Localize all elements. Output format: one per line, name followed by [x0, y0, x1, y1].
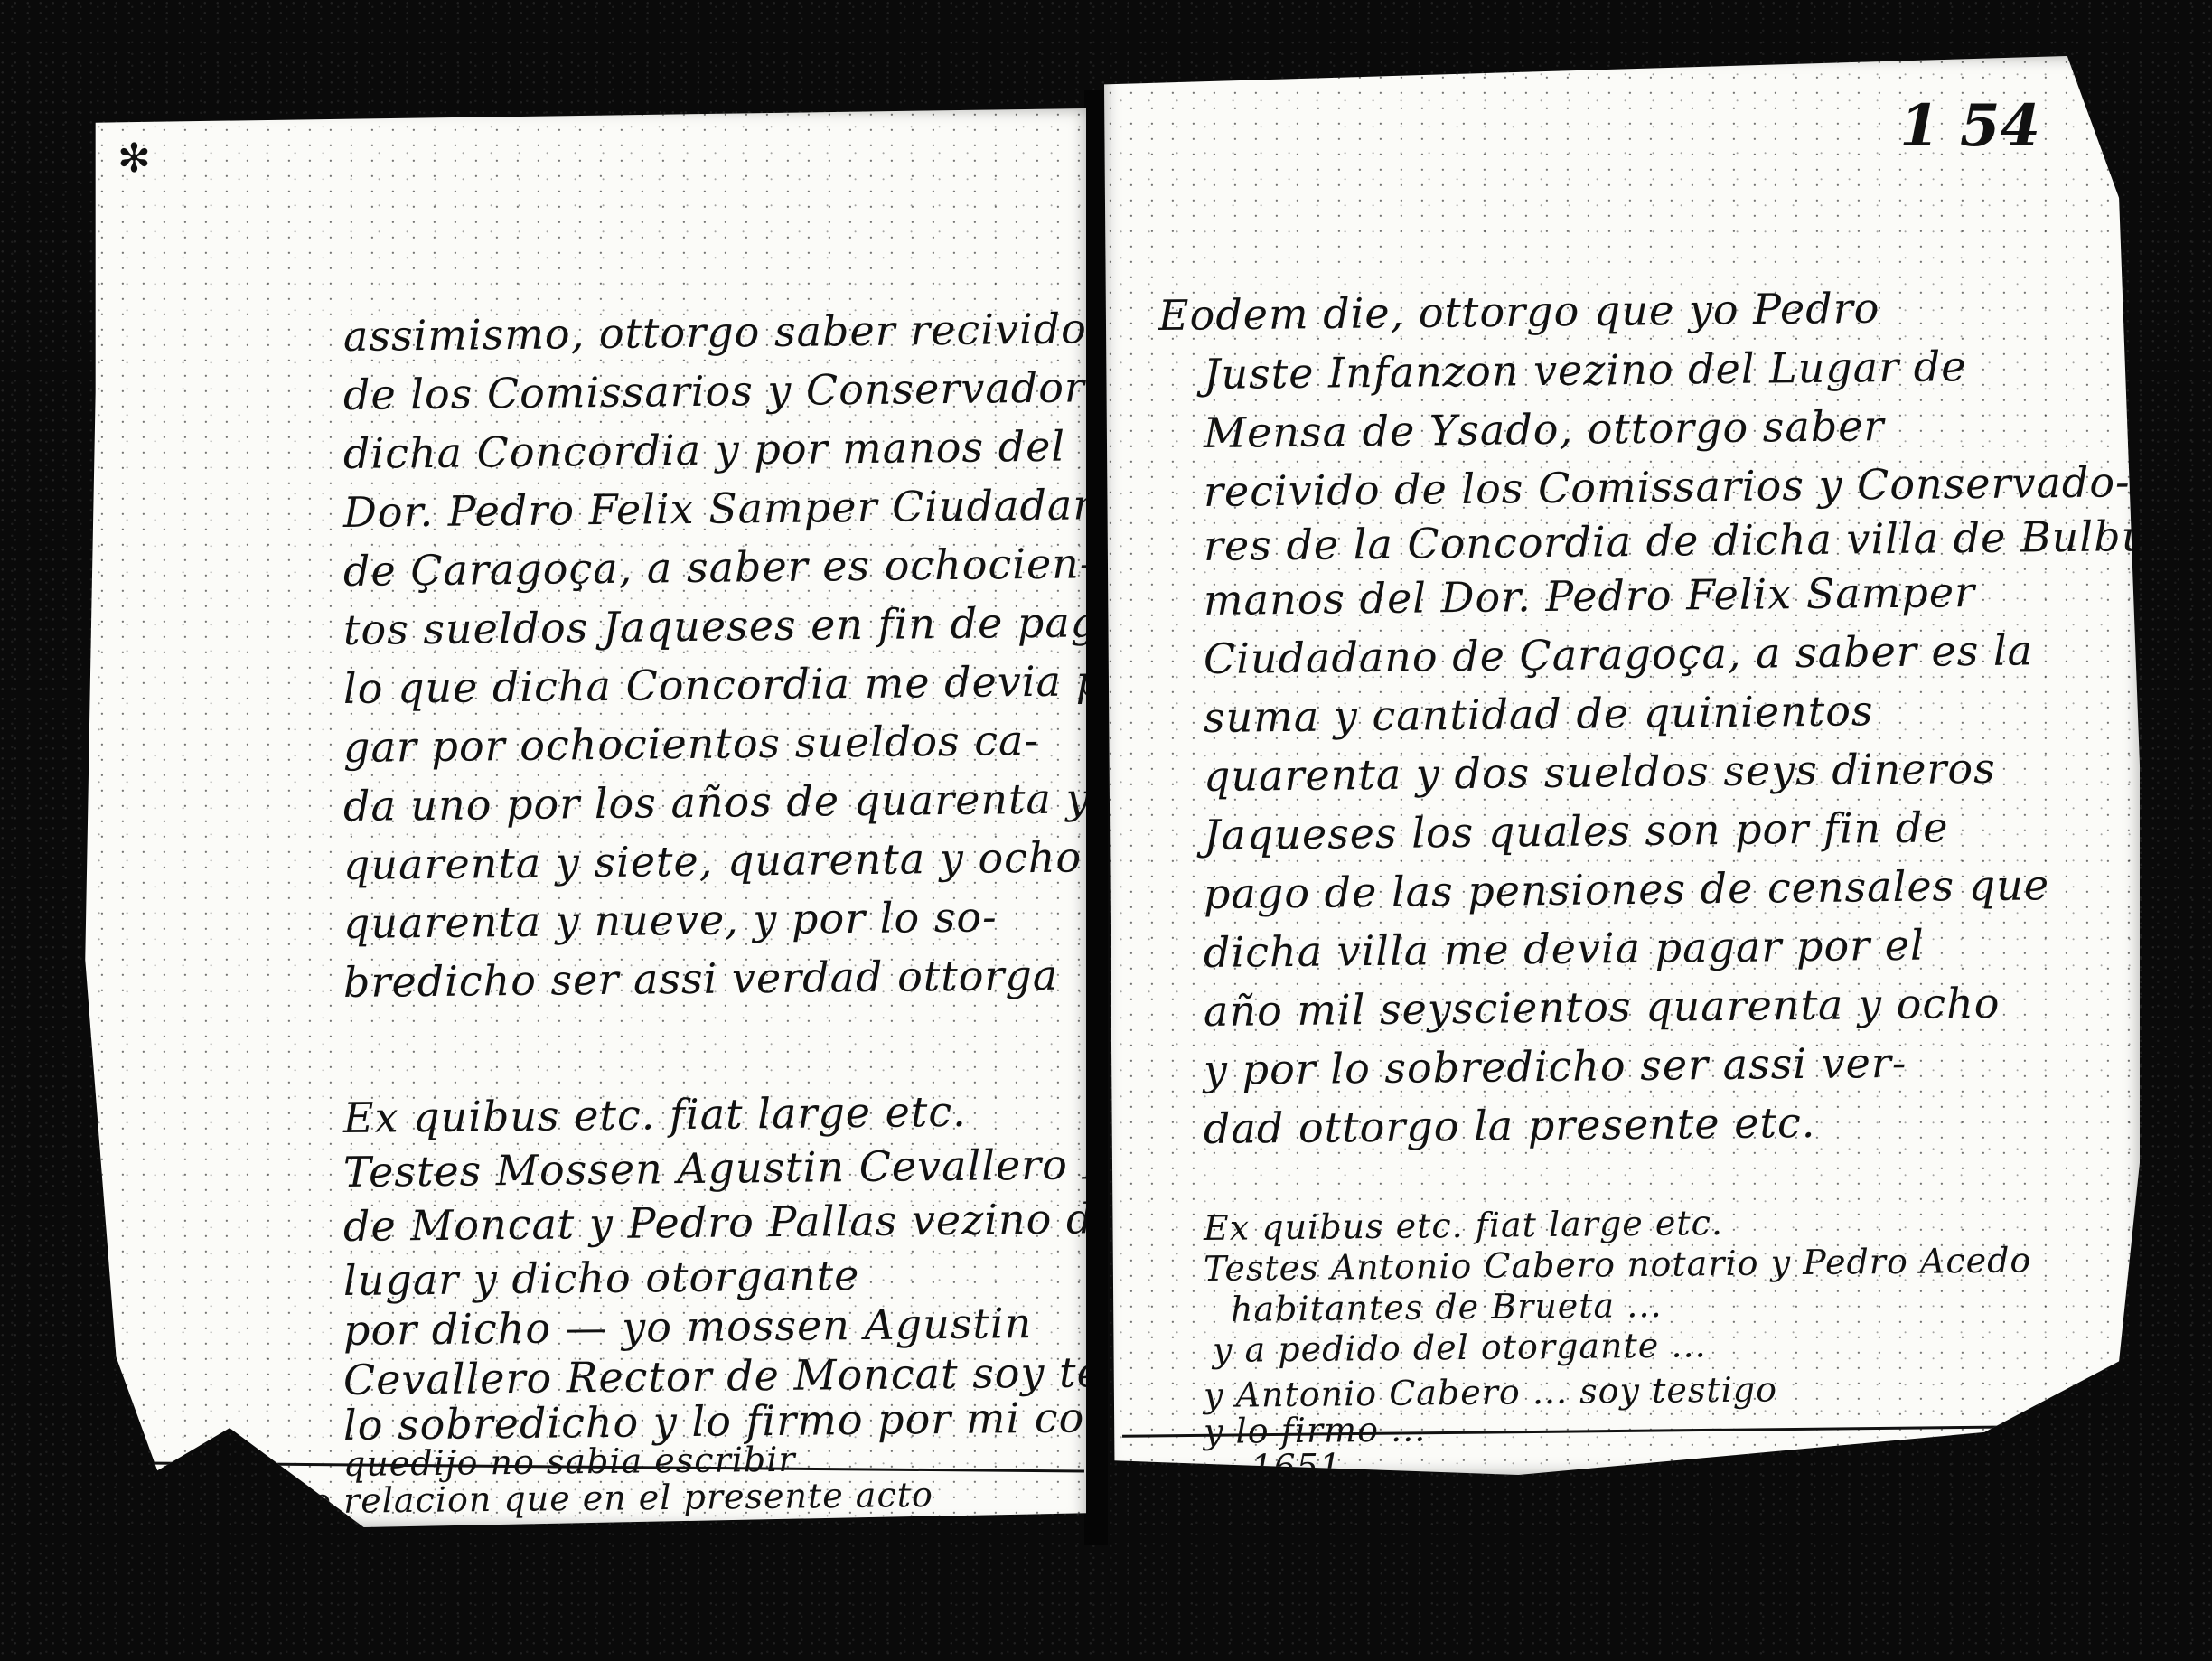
text-line: Mensa de Ysado, ottorgo saber	[1204, 401, 1885, 457]
text-line: dicha Concordia y por manos del	[343, 422, 1066, 478]
text-line: Jaqueses los quales son por fin de	[1204, 802, 1949, 859]
text-line: Eodem die, ottorgo que yo Pedro	[1158, 284, 1880, 340]
text-line: Testes Antonio Cabero notario y Pedro Ac…	[1204, 1240, 2032, 1289]
text-line: bredicho ser assi verdad ottorga	[343, 951, 1059, 1007]
text-line: res de la Concordia de dicha villa de Bu…	[1204, 509, 2212, 570]
text-line: de Çaragoça, a saber es ochocien-	[343, 539, 1095, 596]
text-line: habitantes de Brueta ...	[1231, 1285, 1663, 1329]
text-line: manos del Dor. Pedro Felix Samper	[1204, 568, 1976, 624]
text-line: da uno por los años de quarenta y sie-	[343, 773, 1182, 830]
text-line: assimismo, ottorgo saber recivido	[343, 304, 1087, 361]
text-line: Ciudadano de Çaragoça, a saber es la	[1204, 625, 2034, 683]
text-line: Juste Infanzon vezino del Lugar de	[1204, 342, 1967, 399]
text-line: gar por ochocientos sueldos ca-	[343, 716, 1040, 772]
text-line: Hago relacion que en el presente acto	[235, 1475, 933, 1522]
text-line: tos sueldos Jaqueses en fin de pago de	[343, 596, 1192, 654]
text-line: lo que dicha Concordia me devia pa-	[343, 656, 1145, 713]
text-line: recivido de los Comissarios y Conservado…	[1204, 457, 2131, 516]
text-line: y por lo sobredicho ser assi ver-	[1204, 1038, 1907, 1094]
text-line: Ex quibus etc. fiat large etc.	[1204, 1203, 1723, 1248]
text-line: año mil seyscientos quarenta y ocho	[1204, 979, 2001, 1036]
text-line: y Antonio Cabero ... soy testigo	[1204, 1369, 1777, 1415]
text-line: dad ottorgo la presente etc.	[1204, 1098, 1816, 1153]
left-page: ✻ assimismo, ottorgo saber recivido de l…	[54, 108, 1086, 1527]
text-line: que salvar si fuere necessario Gregorio …	[235, 1513, 1142, 1562]
text-line: dicha villa me devia pagar por el	[1204, 921, 1925, 977]
signature: Gregorio Cevallero	[1520, 1547, 1938, 1600]
text-line: Ex quibus etc. fiat large etc.	[343, 1087, 967, 1142]
right-page: 1 54 Eodem die, ottorgo que yo Pedro Jus…	[1104, 56, 2140, 1475]
text-line: pago de las pensiones de censales que	[1204, 860, 2050, 918]
text-line: Dor. Pedro Felix Samper Ciudadano	[343, 480, 1127, 537]
text-line: suma y cantidad de quinientos	[1204, 686, 1874, 742]
text-line: y a pedido del otorgante ...	[1213, 1325, 1707, 1370]
corner-mark: ✻	[117, 136, 151, 182]
text-line: lugar y dicho otorgante	[343, 1251, 860, 1305]
text-line: por dicho — yo mossen Agustin	[343, 1299, 1033, 1355]
folio-number: 1 54	[1899, 92, 2040, 160]
text-line: quarenta y siete, quarenta y ocho y	[343, 832, 1120, 889]
text-line: ... 1651	[1204, 1446, 1342, 1487]
text-line: quarenta y nueve, y por lo so-	[343, 892, 998, 948]
text-line: y lo firmo ...	[1204, 1409, 1427, 1451]
text-line: no hay que salvar si fuere necessario	[1140, 1508, 1821, 1555]
text-line: quarenta y dos sueldos seys dineros	[1204, 744, 1996, 801]
book-gutter	[1084, 90, 1108, 1545]
text-line: de los Comissarios y Conservadores de	[343, 361, 1201, 419]
text-line: Hago relacion que en el presente acto	[1140, 1472, 1839, 1519]
